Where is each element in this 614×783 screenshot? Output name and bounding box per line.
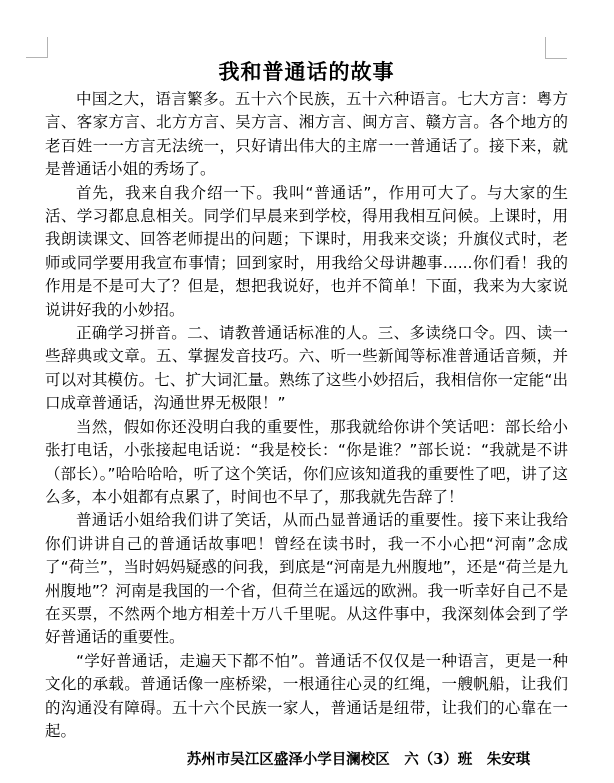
paragraph-conclusion: “学好普通话，走遍天下都不怕”。普通话不仅仅是一种语言，更是一种文化的承载。普通… <box>45 650 568 744</box>
document-title: 我和普通话的故事 <box>45 57 568 87</box>
paragraph-tips: 正确学习拼音。二、请教普通话标准的人。三、多读绕口令。四、读一些辞典或文章。五、… <box>45 322 568 416</box>
paragraph-intro: 中国之大，语言繁多。五十六个民族，五十六种语言。七大方言：粤方言、客家方言、北方… <box>45 88 568 182</box>
margin-mark-top-left-vertical <box>47 37 48 58</box>
paragraph-self-introduction: 首先，我来自我介绍一下。我叫“普通话”，作用可大了。与大家的生活、学习都息息相关… <box>45 182 568 322</box>
paragraph-joke: 当然，假如你还没明白我的重要性，那我就给你讲个笑话吧：部长给小张打电话，小张接起… <box>45 416 568 510</box>
essay-body: 中国之大，语言繁多。五十六个民族，五十六种语言。七大方言：粤方言、客家方言、北方… <box>45 88 568 743</box>
paragraph-personal-story: 普通话小姐给我们讲了笑话，从而凸显普通话的重要性。接下来让我给你们讲讲自己的普通… <box>45 509 568 649</box>
signature-line: 苏州市吴江区盛泽小学目澜校区 六（3）班 朱安琪 <box>97 748 614 771</box>
document-content: 我和普通话的故事 中国之大，语言繁多。五十六个民族，五十六种语言。七大方言：粤方… <box>45 57 568 771</box>
document-page: { "doc": { "title": "我和普通话的故事", "paragra… <box>0 0 614 783</box>
margin-mark-top-right-vertical <box>545 37 546 58</box>
